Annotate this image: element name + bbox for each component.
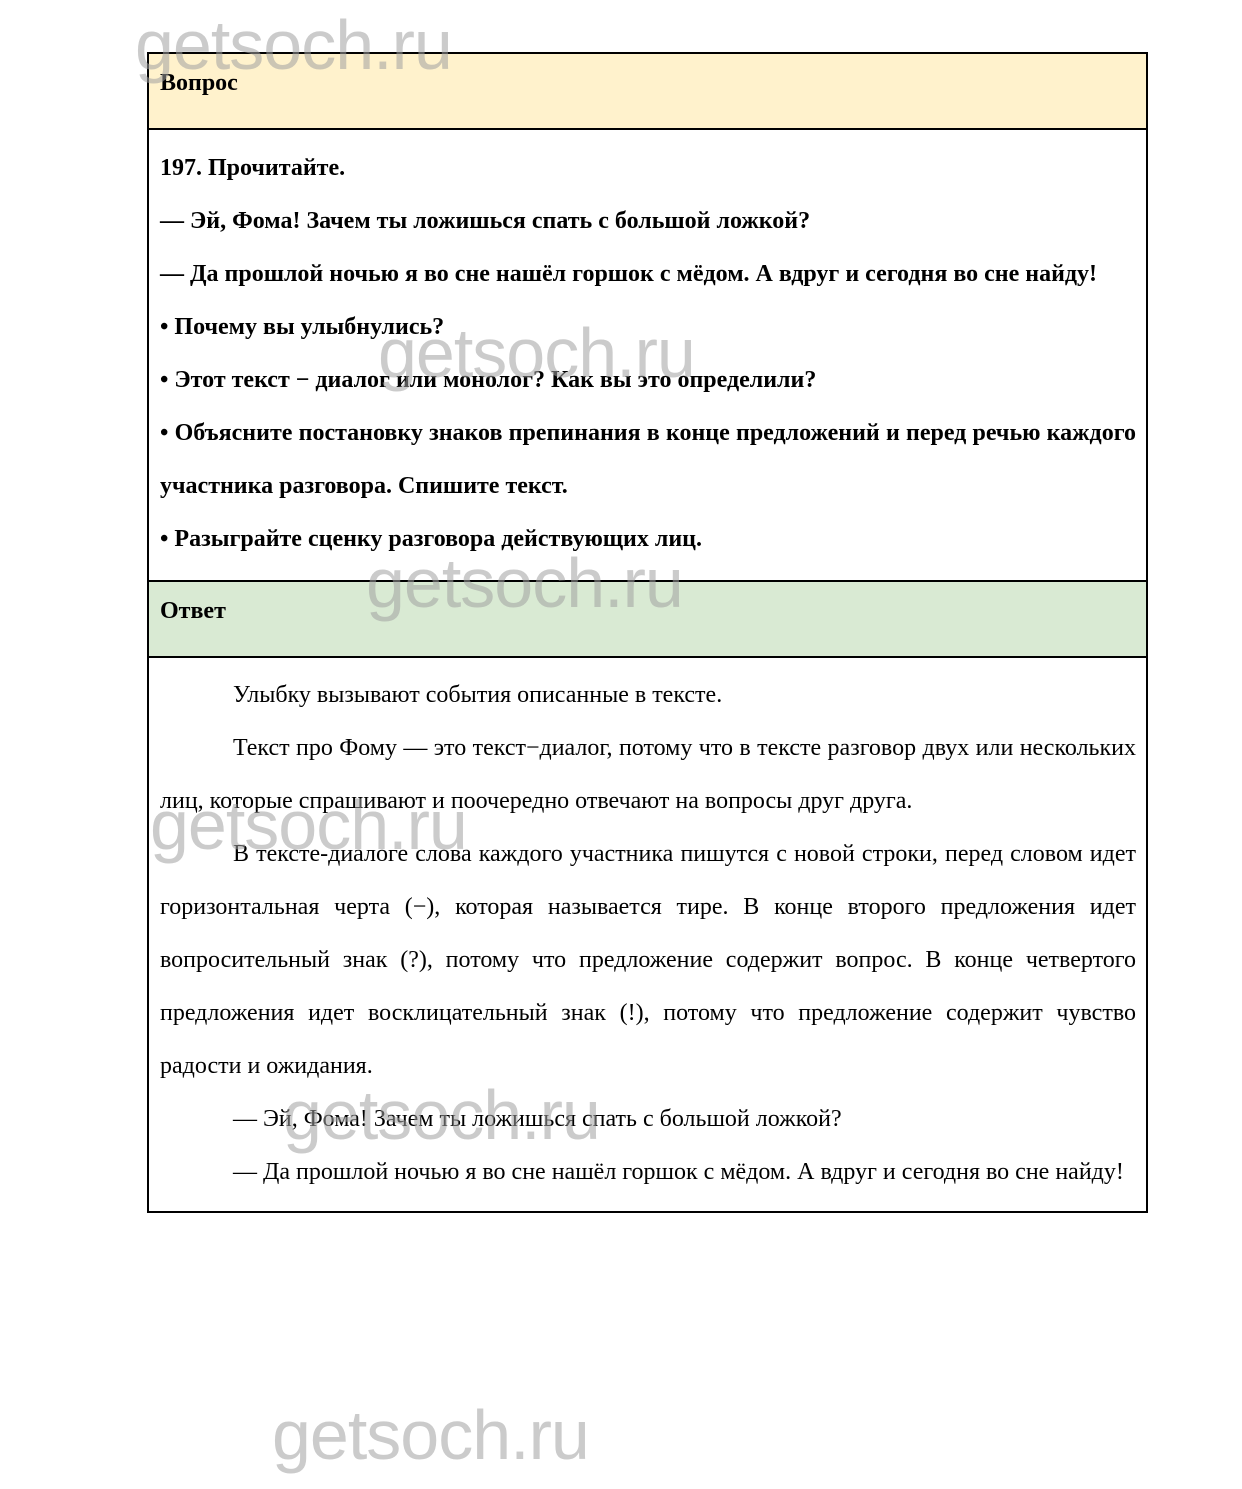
watermark: getsoch.ru — [272, 1400, 589, 1470]
question-line: • Почему вы улыбнулись? — [160, 301, 1136, 354]
answer-paragraph: — Да прошлой ночью я во сне нашёл горшок… — [160, 1146, 1136, 1199]
question-body: 197. Прочитайте. — Эй, Фома! Зачем ты ло… — [149, 130, 1146, 580]
answer-body: Улыбку вызывают события описанные в текс… — [149, 658, 1146, 1211]
answer-paragraph: В тексте-диалоге слова каждого участника… — [160, 828, 1136, 1093]
question-line: — Да прошлой ночью я во сне нашёл горшок… — [160, 248, 1136, 301]
answer-header: Ответ — [149, 580, 1146, 658]
question-line: — Эй, Фома! Зачем ты ложишься спать с бо… — [160, 195, 1136, 248]
qa-table: Вопрос 197. Прочитайте. — Эй, Фома! Заче… — [147, 52, 1148, 1213]
question-line: • Разыграйте сценку разговора действующи… — [160, 513, 1136, 566]
question-line: 197. Прочитайте. — [160, 142, 1136, 195]
question-line: • Этот текст − диалог или монолог? Как в… — [160, 354, 1136, 407]
answer-paragraph: — Эй, Фома! Зачем ты ложишься спать с бо… — [160, 1093, 1136, 1146]
question-line: • Объясните постановку знаков препинания… — [160, 407, 1136, 513]
question-header: Вопрос — [149, 54, 1146, 130]
answer-paragraph: Улыбку вызывают события описанные в текс… — [160, 669, 1136, 722]
answer-paragraph: Текст про Фому — это текст−диалог, потом… — [160, 722, 1136, 828]
